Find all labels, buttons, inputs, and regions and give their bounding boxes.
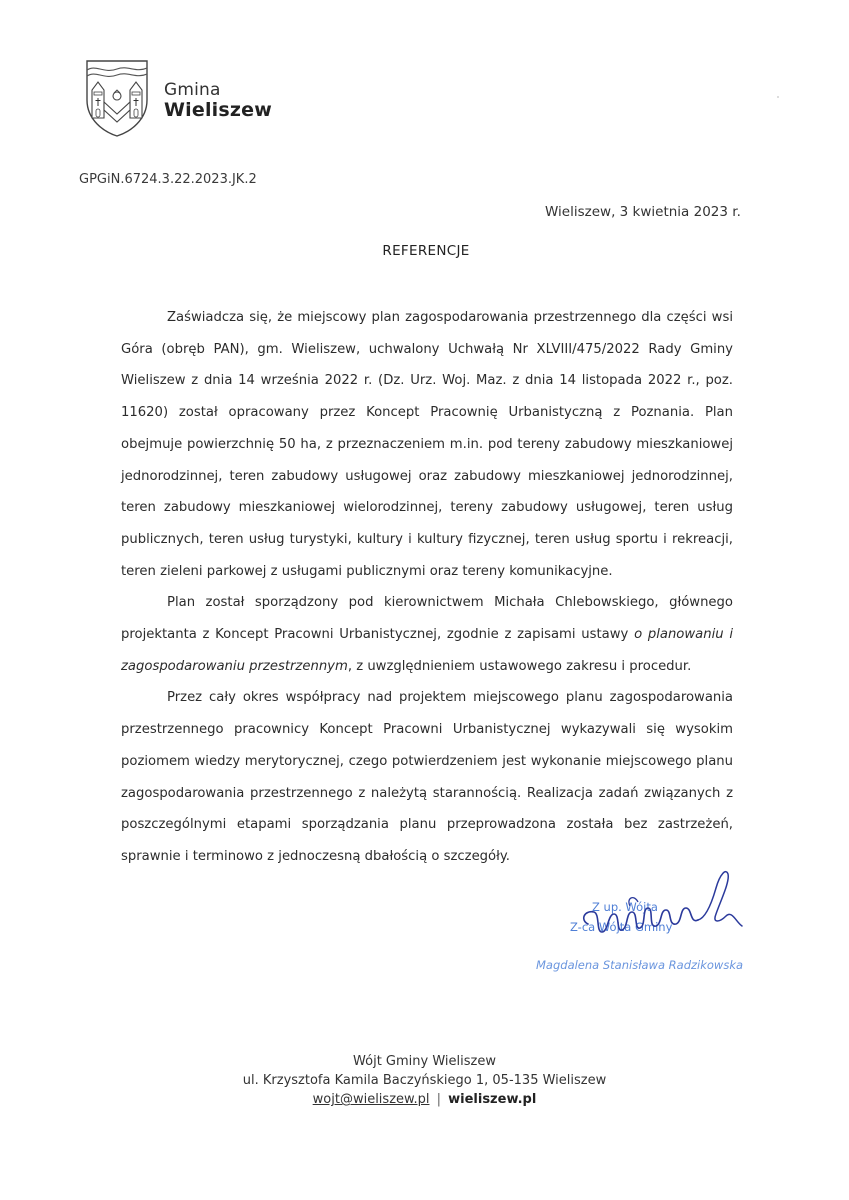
- paragraph-authorship: Plan został sporządzony pod kierownictwe…: [121, 587, 733, 682]
- paragraph-assessment: Przez cały okres współpracy nad projekte…: [121, 682, 733, 872]
- document-title-text: REFERENCJE: [382, 243, 469, 259]
- footer-office: Wójt Gminy Wieliszew: [0, 1052, 849, 1071]
- letter-footer: Wójt Gminy Wieliszew ul. Krzysztofa Kami…: [0, 1052, 849, 1109]
- document-title: REFERENCJE: [0, 243, 849, 259]
- logo-line-gmina: Gmina: [164, 82, 272, 99]
- signatory-name: Magdalena Stanisława Radzikowska: [536, 958, 743, 972]
- paragraph-certification: Zaświadcza się, że miejscowy plan zagosp…: [121, 302, 733, 587]
- footer-separator: |: [437, 1092, 441, 1107]
- paragraph-authorship-after: , z uwzględnieniem ustawowego zakresu i …: [348, 659, 692, 674]
- reference-number: GPGiN.6724.3.22.2023.JK.2: [79, 172, 257, 187]
- scan-speck: [777, 96, 779, 98]
- logo-wordmark: Gmina Wieliszew: [164, 82, 272, 120]
- footer-contact: wojt@wieliszew.pl | wieliszew.pl: [0, 1090, 849, 1109]
- letter-body: Zaświadcza się, że miejscowy plan zagosp…: [121, 302, 733, 873]
- footer-address: ul. Krzysztofa Kamila Baczyńskiego 1, 05…: [0, 1071, 849, 1090]
- logo-line-wieliszew: Wieliszew: [164, 101, 272, 120]
- email-link[interactable]: wojt@wieliszew.pl: [313, 1092, 430, 1107]
- handwritten-signature-icon: [530, 862, 760, 962]
- letter-page: Gmina Wieliszew GPGiN.6724.3.22.2023.JK.…: [0, 0, 849, 1200]
- municipality-logo: Gmina Wieliszew: [84, 58, 284, 138]
- signature-block: Z up. Wójta Z-ca Wójta Gminy Magdalena S…: [530, 862, 760, 972]
- place-and-date: Wieliszew, 3 kwietnia 2023 r.: [545, 204, 741, 220]
- municipality-crest-icon: [84, 58, 150, 138]
- website-link[interactable]: wieliszew.pl: [448, 1092, 536, 1107]
